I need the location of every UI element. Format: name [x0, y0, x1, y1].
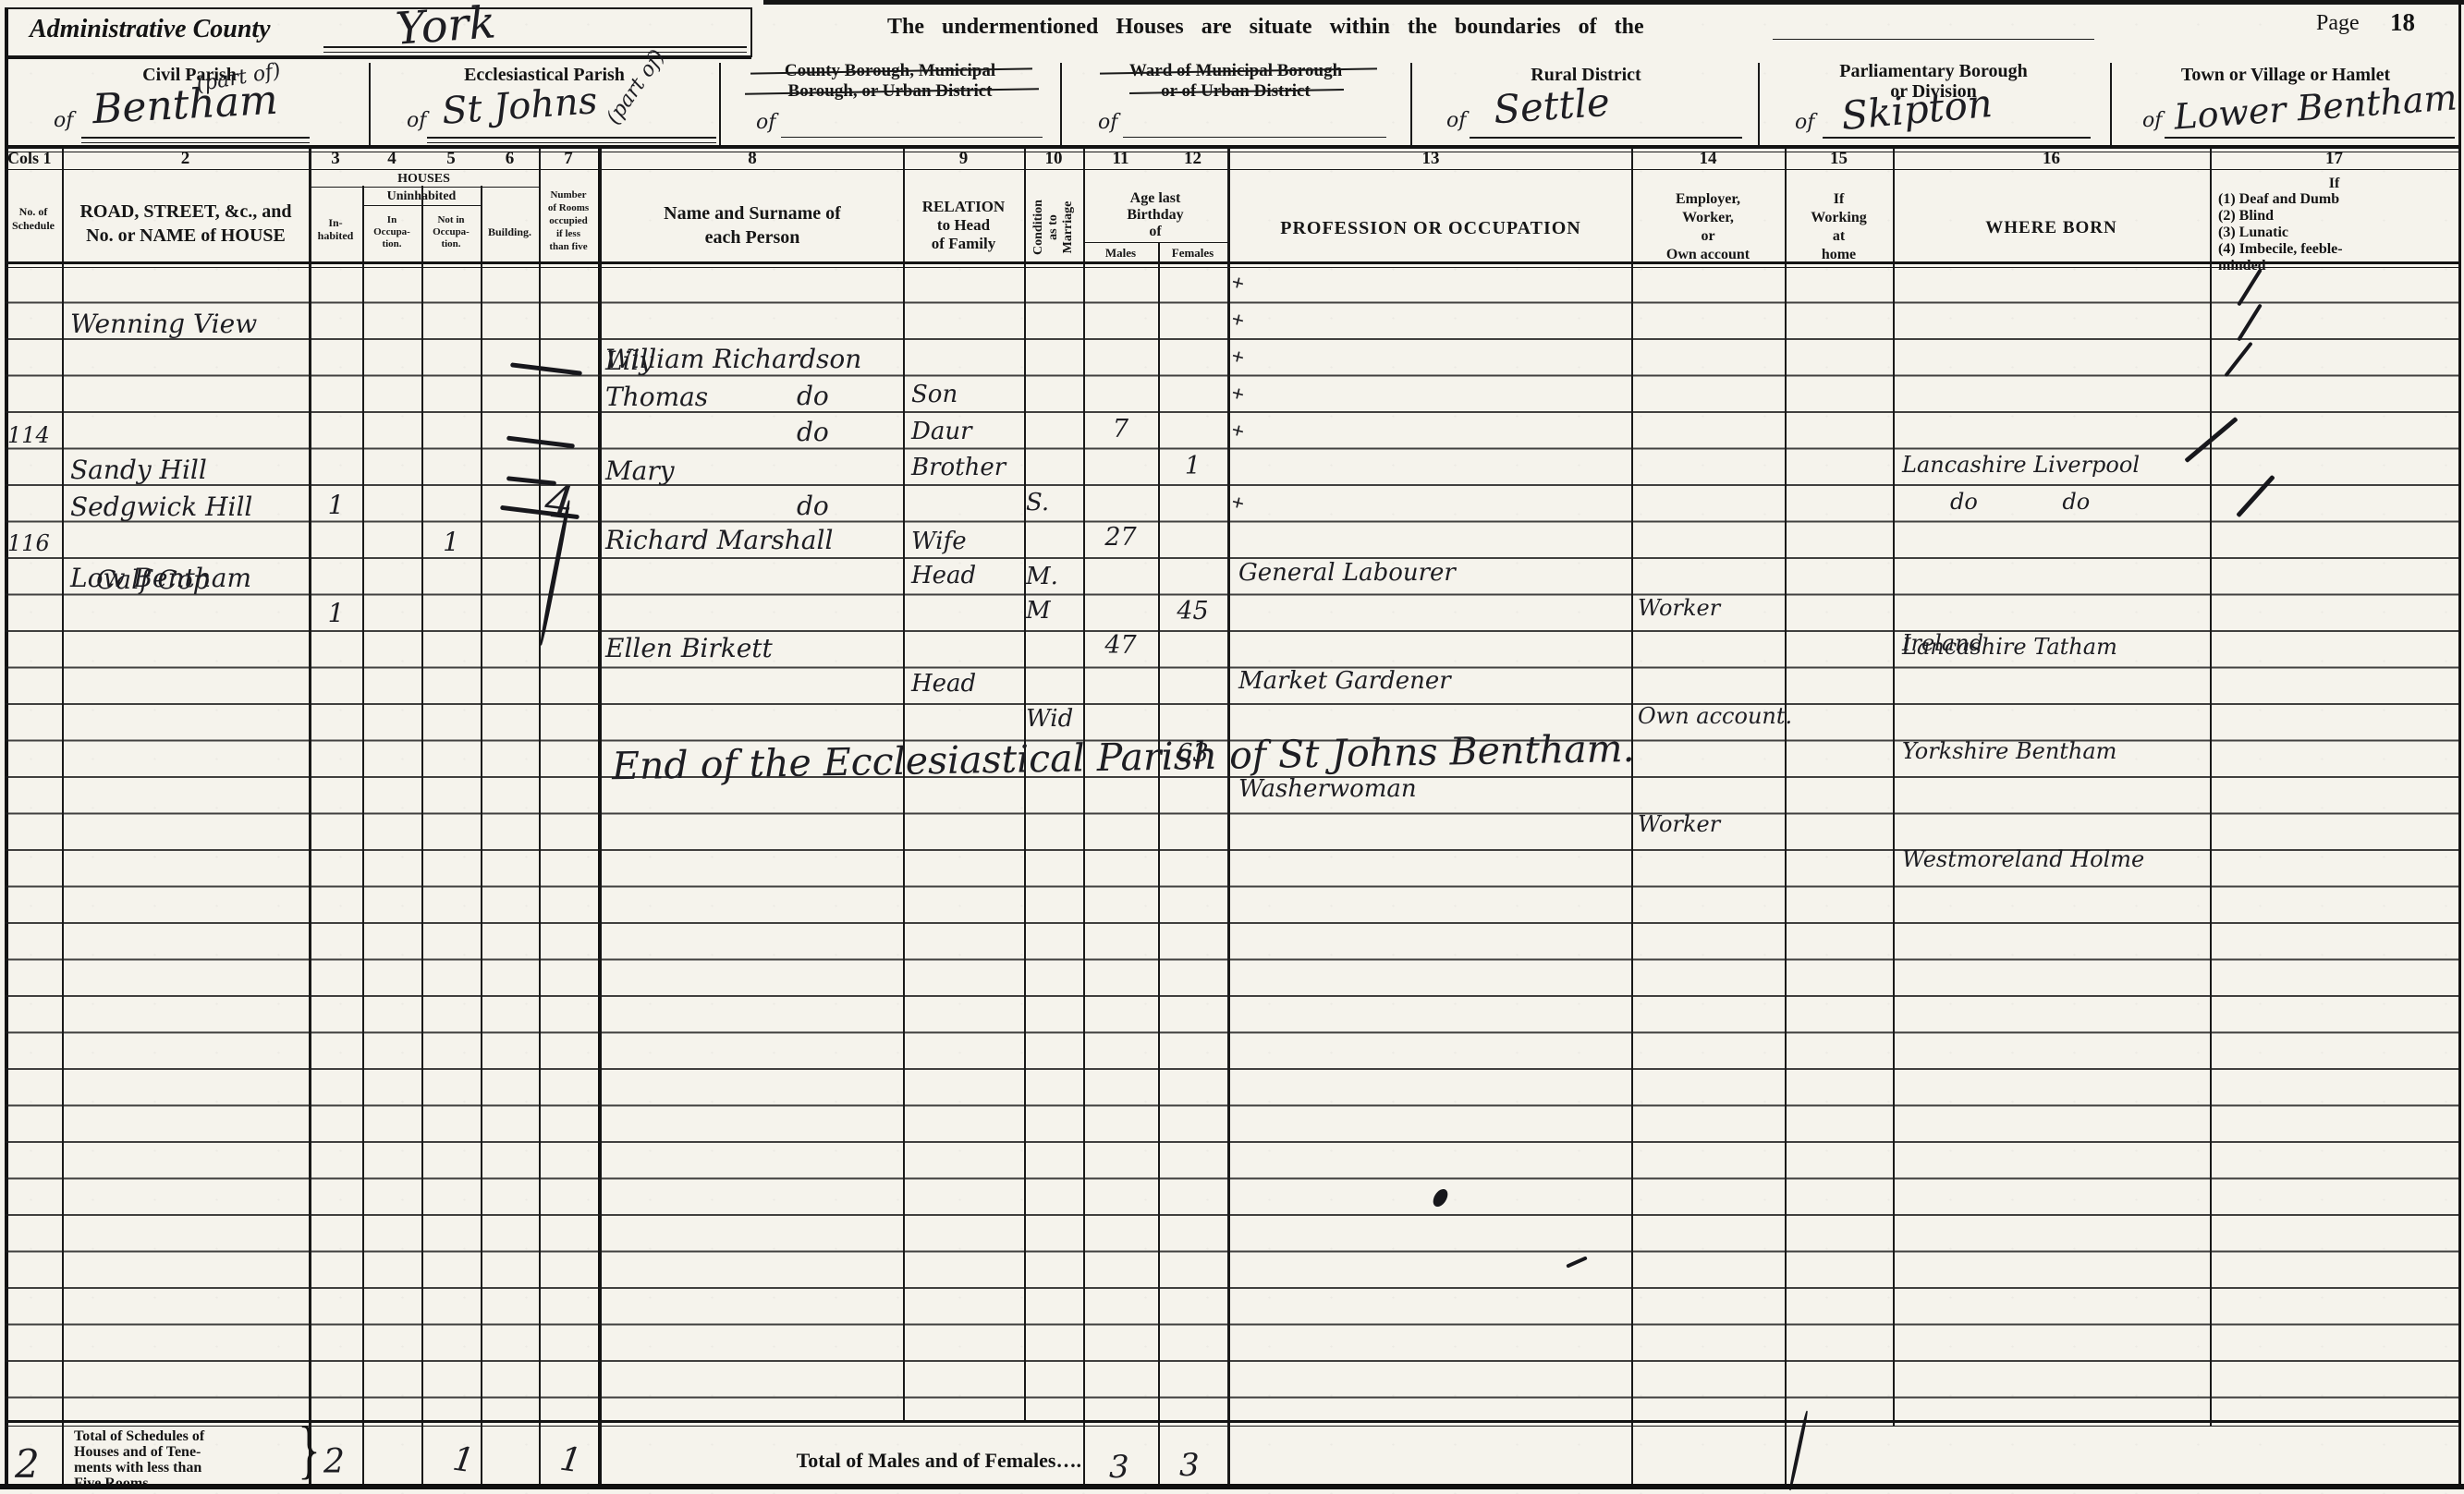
footer-top-rule-2: [5, 1426, 2459, 1427]
header-bottom-rule: [5, 261, 2459, 264]
scan-edge: [763, 0, 2464, 5]
county-box-bottom: [5, 55, 751, 59]
header-houses: HOUSES: [309, 172, 539, 187]
col-number-16: 16: [1893, 149, 2210, 169]
numbers-underline: [5, 169, 2459, 170]
header-rooms: Number of Rooms occupied if less than fi…: [539, 188, 598, 253]
females-total-value: 3: [1179, 1447, 1200, 1484]
parl-borough-of: of: [1795, 111, 1814, 134]
eccles-parish-underline: [427, 137, 716, 139]
rooms-total-value: 1: [557, 1440, 583, 1481]
col-number-4: 4: [362, 149, 421, 169]
page-number: 18: [2390, 8, 2415, 37]
table-row: Calf Cop: [0, 528, 2464, 563]
header-schedule: No. of Schedule: [5, 205, 62, 233]
admin-county-label: Administrative County: [30, 15, 271, 44]
occupation-value: Market Gardener: [1238, 663, 1627, 698]
condition-value: M: [1026, 593, 1081, 628]
bottom-rule: [0, 1484, 2464, 1489]
col-number-8: 8: [602, 149, 903, 169]
ward-underline: [1123, 137, 1386, 138]
header-in-occupation: In Occupa- tion.: [362, 214, 421, 250]
schedules-total-label: Total of Schedules of Houses and of Tene…: [74, 1428, 311, 1491]
col-number-12: 12: [1158, 149, 1227, 169]
ward-of: of: [1098, 111, 1117, 134]
col-number-6: 6: [481, 149, 539, 169]
county-box-right: [750, 7, 752, 57]
county-borough-underline: [781, 137, 1043, 138]
civil-parish-underline: [81, 137, 310, 139]
district-divider-2: [719, 63, 721, 146]
header-where-born: WHERE BORN: [1893, 218, 2210, 238]
not-in-occupation-total-value: 1: [450, 1440, 476, 1481]
col-number-3: 3: [309, 149, 362, 169]
males-total-value: 3: [1109, 1449, 1129, 1486]
county-borough-of: of: [756, 111, 775, 134]
occupation-value: Washerwoman: [1238, 771, 1627, 807]
county-box-top: [7, 7, 752, 9]
condition-value: Wid: [1026, 701, 1081, 736]
col-number-10: 10: [1024, 149, 1083, 169]
table-row: Sedgwick Hill 1: [0, 455, 2464, 490]
eccles-parish-of: of: [407, 109, 426, 132]
inhabited-value: 1: [310, 596, 362, 631]
born-value: Westmoreland Holme: [1902, 842, 2207, 877]
age-female-value: 45: [1158, 594, 1227, 629]
col-number-7: 7: [539, 149, 598, 169]
civil-parish-of: of: [54, 109, 73, 132]
header-employer: Employer, Worker, or Own account: [1631, 190, 1785, 264]
eccles-parish-value: St Johns: [441, 79, 599, 133]
condition-value: M.: [1026, 559, 1081, 594]
person-name: Ellen Birkett: [605, 631, 903, 666]
col-number-13: 13: [1230, 149, 1631, 169]
town-village-value: Lower Bentham: [2173, 77, 2458, 137]
males-females-total-label: Total of Males and of Females….: [702, 1449, 1081, 1473]
eccles-parish-underline-2: [427, 142, 716, 143]
age-male-value: 47: [1083, 628, 1158, 663]
header-males: Males: [1083, 246, 1158, 261]
district-divider-5: [1758, 63, 1760, 146]
employer-value: Worker: [1638, 590, 1783, 626]
col-number-14: 14: [1631, 149, 1785, 169]
district-divider-1: [369, 63, 371, 146]
district-divider-3: [1060, 63, 1062, 146]
district-divider-6: [2110, 63, 2112, 146]
parl-borough-title-1: Parliamentary Borough: [1767, 61, 2100, 82]
schedules-total-value: 2: [15, 1441, 40, 1487]
county-underline-2: [323, 52, 747, 53]
rural-district-underline: [1470, 137, 1742, 139]
relation-value: Head: [911, 558, 1020, 593]
header-age: Age last Birthday of: [1083, 190, 1227, 240]
header-inhabited: In- habited: [309, 216, 362, 242]
header-uninhabited: Uninhabited: [362, 189, 481, 204]
address-value: Calf Cop: [96, 563, 309, 598]
houses-underline: [309, 187, 539, 188]
col-number-2: 2: [62, 149, 309, 169]
page-label: Page: [2316, 11, 2360, 36]
header-road: ROAD, STREET, &c., and No. or NAME of HO…: [65, 200, 307, 248]
col-number-9: 9: [903, 149, 1024, 169]
header-name: Name and Surname of each Person: [602, 201, 903, 249]
cols-label: Cols 1: [7, 149, 52, 168]
rural-district-of: of: [1446, 109, 1466, 132]
header-profession: PROFESSION OR OCCUPATION: [1230, 218, 1631, 239]
district-divider-4: [1410, 63, 1412, 146]
civil-parish-underline-2: [81, 142, 310, 143]
parl-borough-underline: [1823, 137, 2091, 139]
col-number-17: 17: [2210, 149, 2458, 169]
footer-brace: }: [298, 1414, 321, 1488]
age-underline: [1083, 242, 1227, 243]
census-page: Administrative County York The underment…: [0, 0, 2464, 1494]
header-relation: RELATION to Head of Family: [903, 198, 1024, 253]
employer-value: Worker: [1638, 807, 1783, 842]
town-village-of: of: [2142, 109, 2162, 132]
col-number-15: 15: [1785, 149, 1893, 169]
header-infirmity-if: If: [2210, 176, 2458, 192]
footer-top-rule: [5, 1420, 2459, 1423]
uninhabited-underline: [362, 205, 481, 206]
inhabited-total-value: 2: [323, 1443, 345, 1481]
headline-rule: [1773, 39, 2094, 40]
col-number-11: 11: [1083, 149, 1158, 169]
header-building: Building.: [481, 225, 539, 239]
born-value: Lancashire Tatham: [1902, 629, 2207, 664]
headline: The undermentioned Houses are situate wi…: [887, 15, 1775, 40]
rural-district-value: Settle: [1492, 79, 1611, 133]
header-females: Females: [1158, 246, 1227, 261]
town-village-underline: [2165, 137, 2455, 139]
relation-value: Head: [911, 666, 1020, 701]
header-working-home: If Working at home: [1785, 190, 1893, 264]
col-number-5: 5: [421, 149, 481, 169]
header-not-in-occupation: Not in Occupa- tion.: [421, 214, 481, 250]
county-underline: [323, 46, 747, 48]
